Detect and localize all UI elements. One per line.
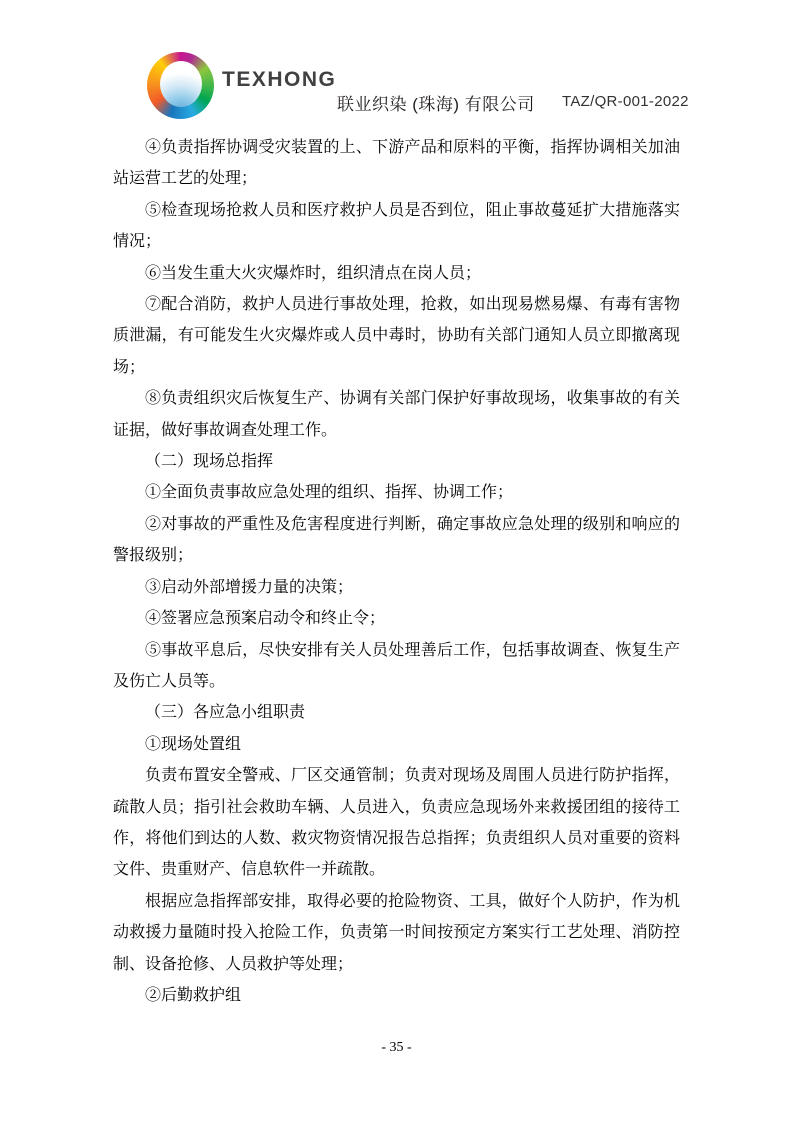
paragraph: 根据应急指挥部安排，取得必要的抢险物资、工具，做好个人防护，作为机动救援力量随时… bbox=[113, 886, 680, 980]
paragraph: ③启动外部增援力量的决策； bbox=[113, 572, 680, 603]
document-page: TEXHONG 联业织染 (珠海) 有限公司 TAZ/QR-001-2022 ④… bbox=[0, 0, 793, 1123]
logo-wordmark: TEXHONG bbox=[222, 68, 336, 92]
document-body: ④负责指挥协调受灾装置的上、下游产品和原料的平衡，指挥协调相关加油站运营工艺的处… bbox=[113, 132, 680, 1011]
page-number: - 35 - bbox=[381, 1040, 411, 1055]
company-logo bbox=[147, 52, 214, 119]
paragraph: ⑥当发生重大火灾爆炸时，组织清点在岗人员； bbox=[113, 258, 680, 289]
paragraph: 负责布置安全警戒、厂区交通管制；负责对现场及周围人员进行防护指挥，疏散人员；指引… bbox=[113, 760, 680, 886]
paragraph: ④负责指挥协调受灾装置的上、下游产品和原料的平衡，指挥协调相关加油站运营工艺的处… bbox=[113, 132, 680, 195]
paragraph: ⑤检查现场抢救人员和医疗救护人员是否到位，阻止事故蔓延扩大措施落实情况； bbox=[113, 195, 680, 258]
page-header: TEXHONG 联业织染 (珠海) 有限公司 TAZ/QR-001-2022 bbox=[0, 0, 793, 132]
paragraph: ⑦配合消防，救护人员进行事故处理，抢救，如出现易燃易爆、有毒有害物质泄漏，有可能… bbox=[113, 289, 680, 383]
section-heading: （三）各应急小组职责 bbox=[113, 697, 680, 728]
company-name: 联业织染 (珠海) 有限公司 bbox=[337, 90, 535, 115]
sub-heading: ①现场处置组 bbox=[113, 729, 680, 760]
paragraph: ④签署应急预案启动令和终止令； bbox=[113, 603, 680, 634]
paragraph: ⑤事故平息后，尽快安排有关人员处理善后工作，包括事故调查、恢复生产及伤亡人员等。 bbox=[113, 635, 680, 698]
paragraph: ②对事故的严重性及危害程度进行判断，确定事故应急处理的级别和响应的警报级别； bbox=[113, 509, 680, 572]
section-heading: （二）现场总指挥 bbox=[113, 446, 680, 477]
paragraph: ⑧负责组织灾后恢复生产、协调有关部门保护好事故现场，收集事故的有关证据，做好事故… bbox=[113, 383, 680, 446]
page-footer: - 35 - bbox=[0, 1040, 793, 1056]
document-number: TAZ/QR-001-2022 bbox=[562, 93, 689, 110]
sub-heading: ②后勤救护组 bbox=[113, 980, 680, 1011]
texhong-sphere-icon bbox=[147, 52, 214, 119]
paragraph: ①全面负责事故应急处理的组织、指挥、协调工作； bbox=[113, 477, 680, 508]
